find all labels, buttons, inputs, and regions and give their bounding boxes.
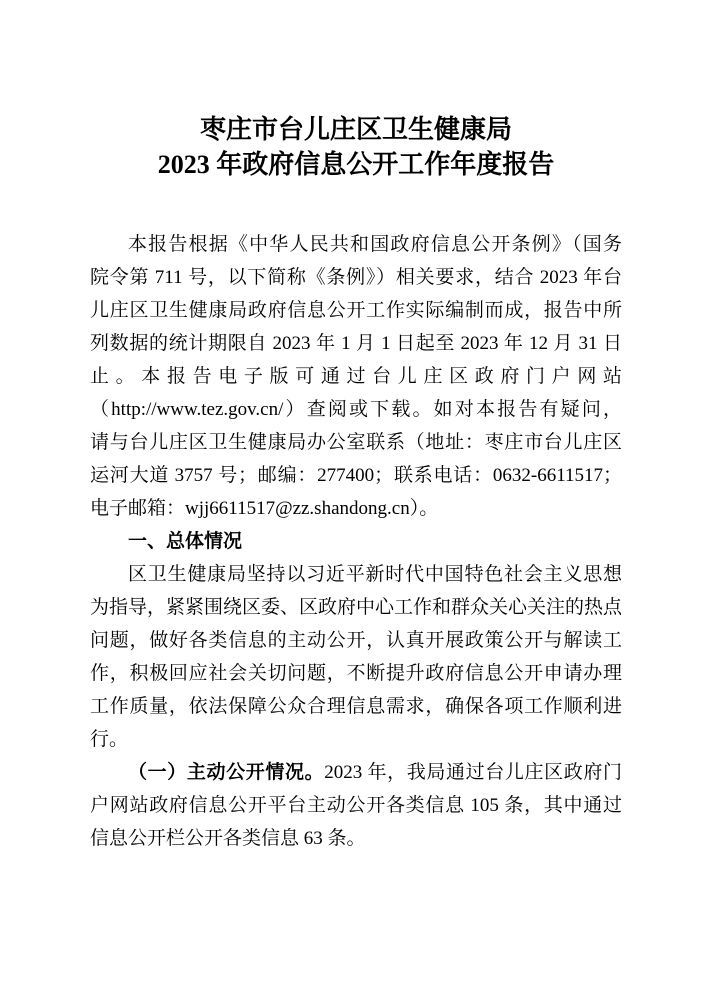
title-line-2: 2023 年政府信息公开工作年度报告: [90, 147, 622, 182]
body-line: 为指导，紧紧围绕区委、区政府中心工作和群众关心关注的热点: [90, 591, 622, 624]
body-line: 院令第 711 号，以下简称《条例》）相关要求，结合 2023 年台: [90, 261, 622, 294]
body-line: （http://www.tez.gov.cn/）查阅或下载。如对本报告有疑问，: [90, 393, 622, 426]
body-text: 2023 年，我局通过台儿庄区政府门: [324, 762, 622, 783]
paragraph-intro: 本报告根据《中华人民共和国政府信息公开条例》（国务 院令第 711 号，以下简称…: [90, 228, 622, 525]
body-line: 户网站政府信息公开平台主动公开各类信息 105 条，其中通过: [90, 789, 622, 822]
subsection-label: （一）主动公开情况。: [128, 762, 324, 783]
document-body: 本报告根据《中华人民共和国政府信息公开条例》（国务 院令第 711 号，以下简称…: [90, 228, 622, 855]
body-line: 列数据的统计期限自 2023 年 1 月 1 日起至 2023 年 12 月 3…: [90, 327, 622, 360]
body-line: 作，积极回应社会关切问题，不断提升政府信息公开申请办理: [90, 657, 622, 690]
document-page: 枣庄市台儿庄区卫生健康局 2023 年政府信息公开工作年度报告 本报告根据《中华…: [0, 0, 707, 999]
document-content: 枣庄市台儿庄区卫生健康局 2023 年政府信息公开工作年度报告 本报告根据《中华…: [90, 0, 622, 855]
body-line: （一）主动公开情况。2023 年，我局通过台儿庄区政府门: [90, 756, 622, 789]
body-line: 问题，做好各类信息的主动公开，认真开展政策公开与解读工: [90, 624, 622, 657]
section-heading-overview: 一、总体情况: [90, 525, 622, 558]
document-title: 枣庄市台儿庄区卫生健康局 2023 年政府信息公开工作年度报告: [90, 112, 622, 182]
title-line-1: 枣庄市台儿庄区卫生健康局: [90, 112, 622, 147]
paragraph-overview: 区卫生健康局坚持以习近平新时代中国特色社会主义思想 为指导，紧紧围绕区委、区政府…: [90, 558, 622, 756]
body-line: 本报告根据《中华人民共和国政府信息公开条例》（国务: [90, 228, 622, 261]
body-line: 运河大道 3757 号；邮编：277400；联系电话：0632-6611517；: [90, 459, 622, 492]
body-line: 工作质量，依法保障公众合理信息需求，确保各项工作顺利进: [90, 690, 622, 723]
body-line: 信息公开栏公开各类信息 63 条。: [90, 822, 622, 855]
body-line: 请与台儿庄区卫生健康局办公室联系（地址：枣庄市台儿庄区: [90, 426, 622, 459]
body-line: 电子邮箱：wjj6611517@zz.shandong.cn）。: [90, 492, 622, 525]
body-line: 儿庄区卫生健康局政府信息公开工作实际编制而成，报告中所: [90, 294, 622, 327]
body-line: 止。本报告电子版可通过台儿庄区政府门户网站: [90, 360, 622, 393]
paragraph-proactive-disclosure: （一）主动公开情况。2023 年，我局通过台儿庄区政府门 户网站政府信息公开平台…: [90, 756, 622, 855]
body-line: 行。: [90, 723, 622, 756]
body-line: 区卫生健康局坚持以习近平新时代中国特色社会主义思想: [90, 558, 622, 591]
